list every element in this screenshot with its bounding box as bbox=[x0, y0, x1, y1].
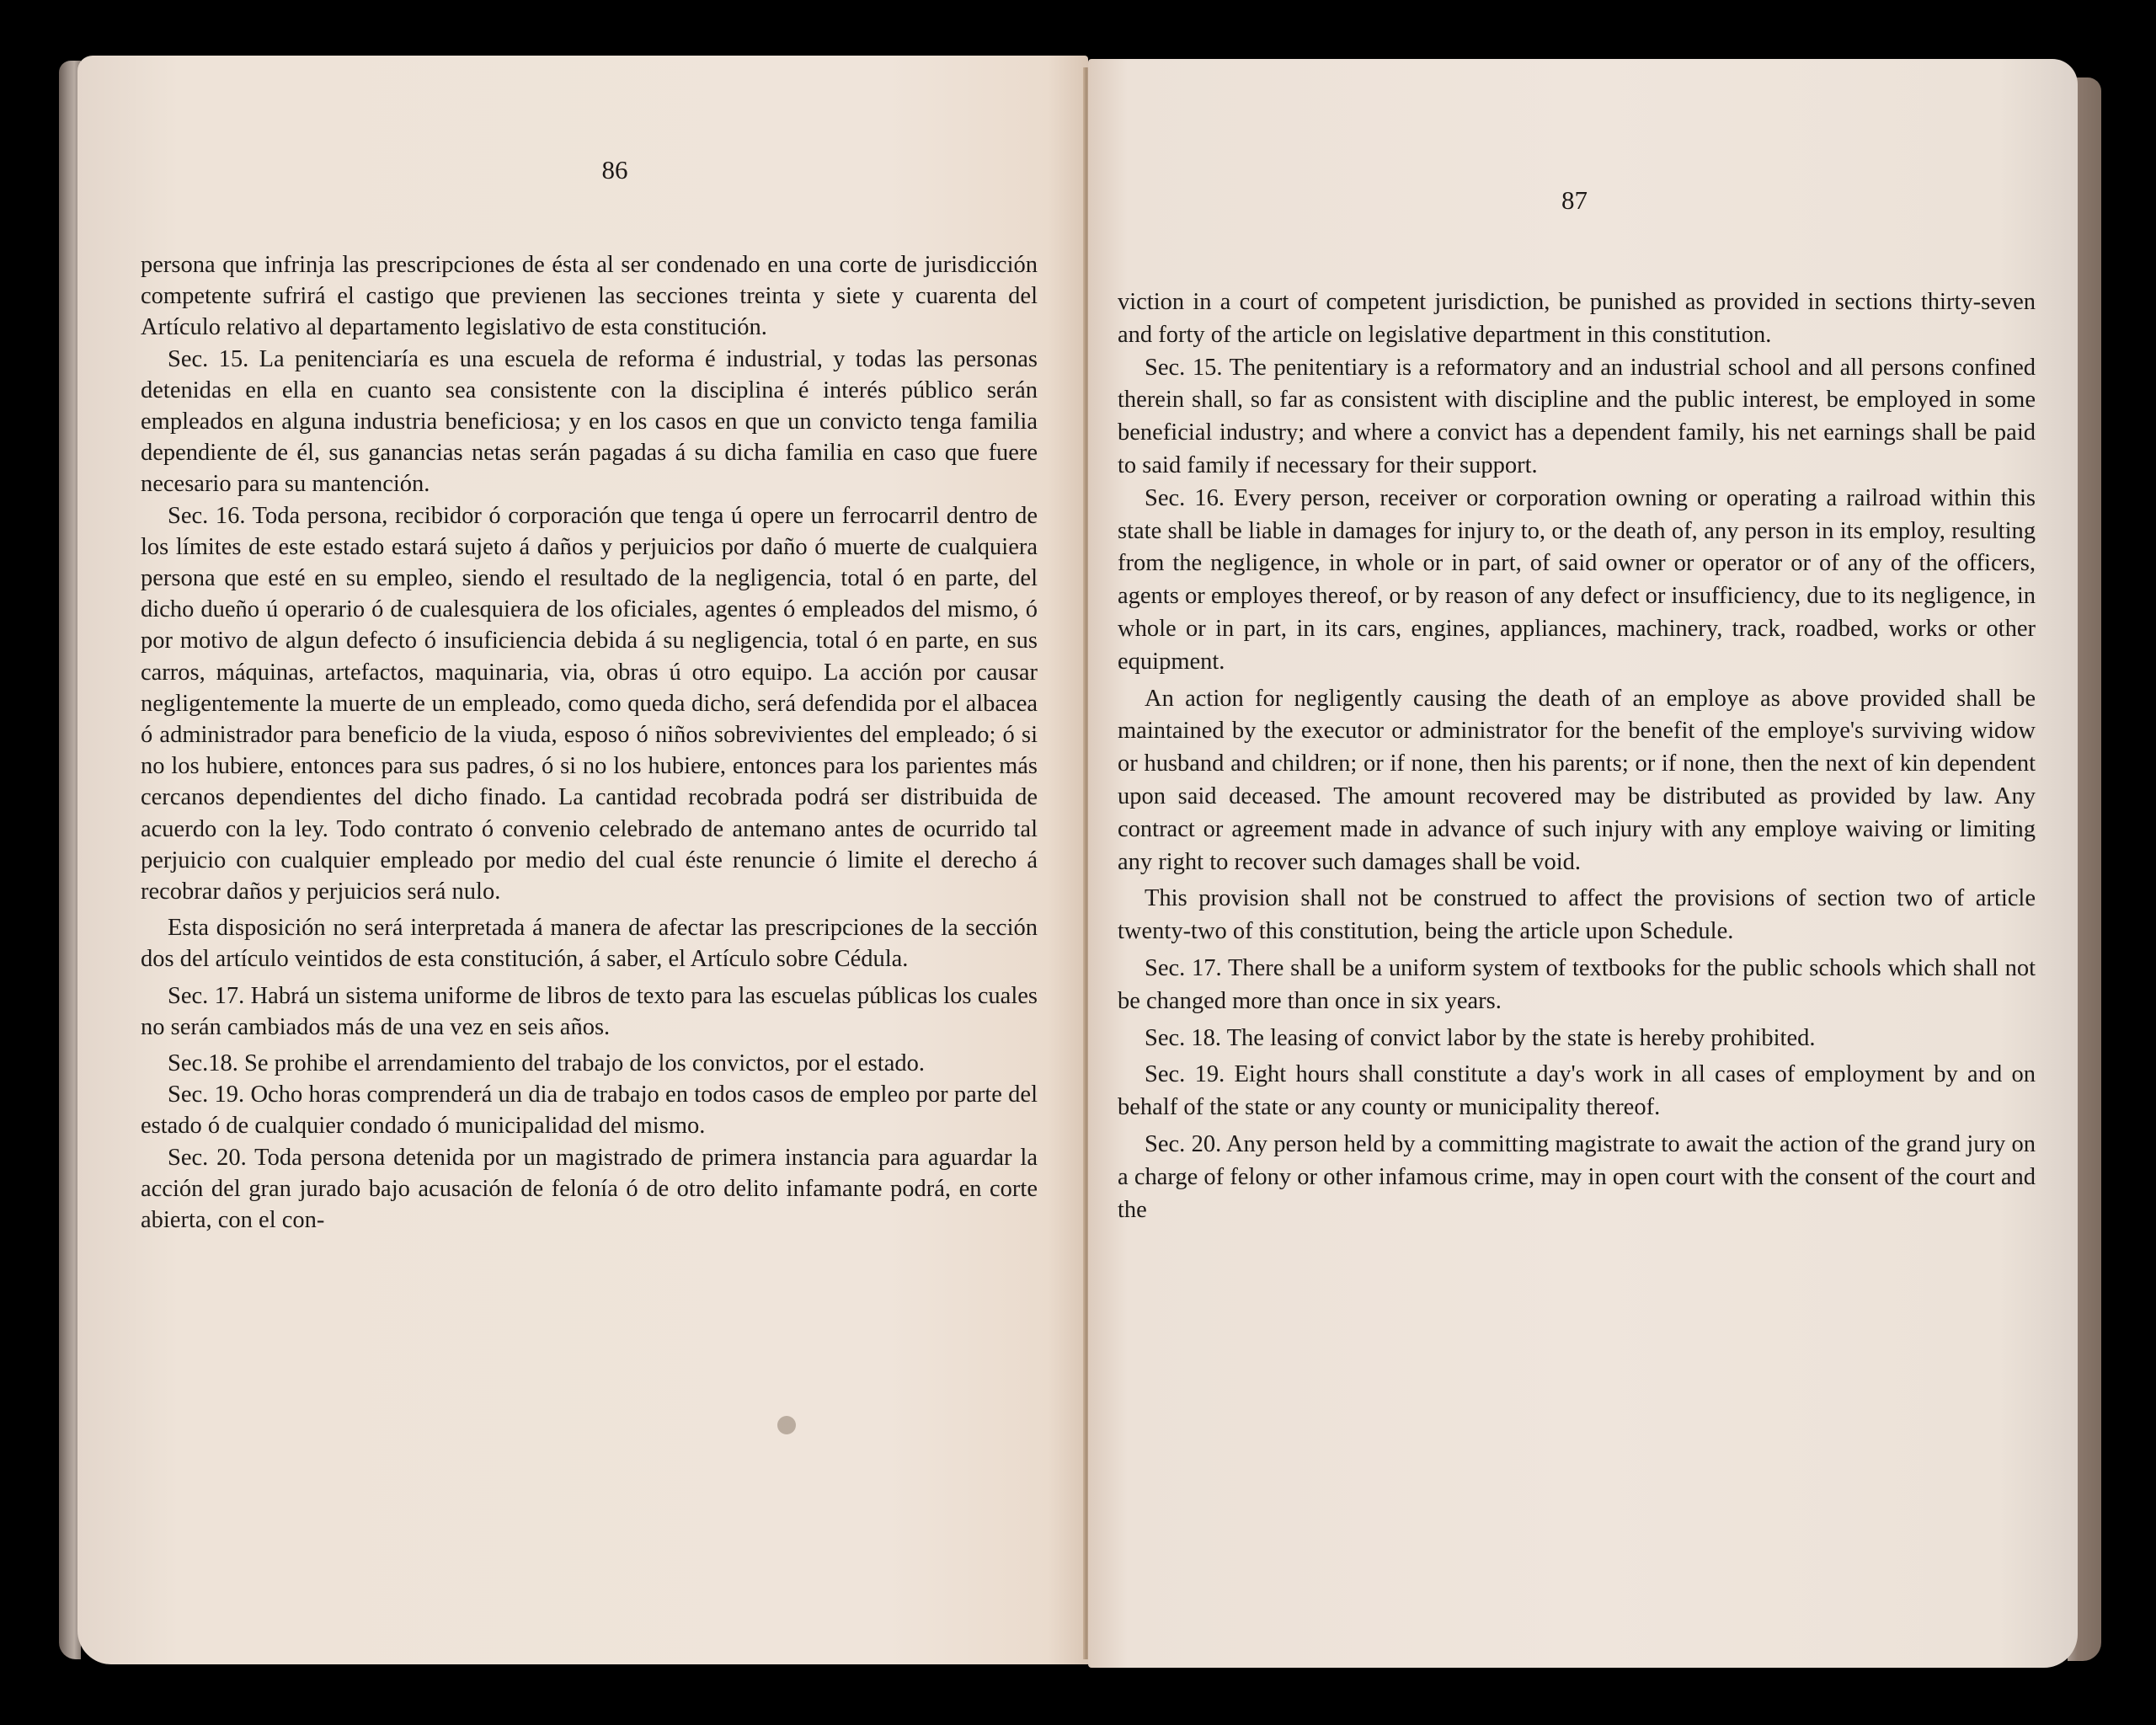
paragraph: persona que infrinja las prescripciones … bbox=[141, 249, 1038, 344]
page-number-left: 86 bbox=[109, 155, 1120, 185]
paragraph-sec-17: Sec. 17. Habrá un sistema uniforme de li… bbox=[141, 980, 1038, 1043]
paragraph-sec-20: Sec. 20. Any person held by a committing… bbox=[1118, 1129, 2036, 1226]
right-page: 87 viction in a court of competent juris… bbox=[1088, 59, 2078, 1668]
paragraph-sec-19: Sec. 19. Ocho horas comprenderá un dia d… bbox=[141, 1079, 1038, 1141]
right-page-text: viction in a court of competent jurisdic… bbox=[1118, 286, 2036, 1226]
paragraph: Esta disposición no será interpretada á … bbox=[141, 912, 1038, 975]
open-book-spread: 86 persona que infrinja las prescripcion… bbox=[0, 0, 2156, 1725]
left-page-text: persona que infrinja las prescripciones … bbox=[141, 249, 1038, 1236]
ink-smudge bbox=[777, 1416, 796, 1434]
paragraph: viction in a court of competent jurisdic… bbox=[1118, 286, 2036, 352]
paragraph-sec-15: Sec. 15. The penitentiary is a reformato… bbox=[1118, 352, 2036, 483]
paragraph-sec-16: Sec. 16. Every person, receiver or corpo… bbox=[1118, 483, 2036, 679]
left-page: 86 persona que infrinja las prescripcion… bbox=[77, 56, 1088, 1664]
page-number-right: 87 bbox=[1080, 185, 2069, 216]
paragraph-sec-18: Sec. 18. The leasing of convict labor by… bbox=[1118, 1023, 2036, 1055]
paragraph-sec-17: Sec. 17. There shall be a uniform system… bbox=[1118, 953, 2036, 1018]
paragraph-sec-16: Sec. 16. Toda persona, recibidor ó corpo… bbox=[141, 500, 1038, 908]
paragraph: An action for negligently causing the de… bbox=[1118, 683, 2036, 879]
paragraph: This provision shall not be construed to… bbox=[1118, 883, 2036, 948]
paragraph-sec-20: Sec. 20. Toda persona detenida por un ma… bbox=[141, 1142, 1038, 1236]
paragraph-sec-15: Sec. 15. La penitenciaría es una escuela… bbox=[141, 344, 1038, 500]
paragraph-sec-19: Sec. 19. Eight hours shall constitute a … bbox=[1118, 1059, 2036, 1124]
paragraph-sec-18: Sec.18. Se prohibe el arrendamiento del … bbox=[141, 1048, 1038, 1079]
